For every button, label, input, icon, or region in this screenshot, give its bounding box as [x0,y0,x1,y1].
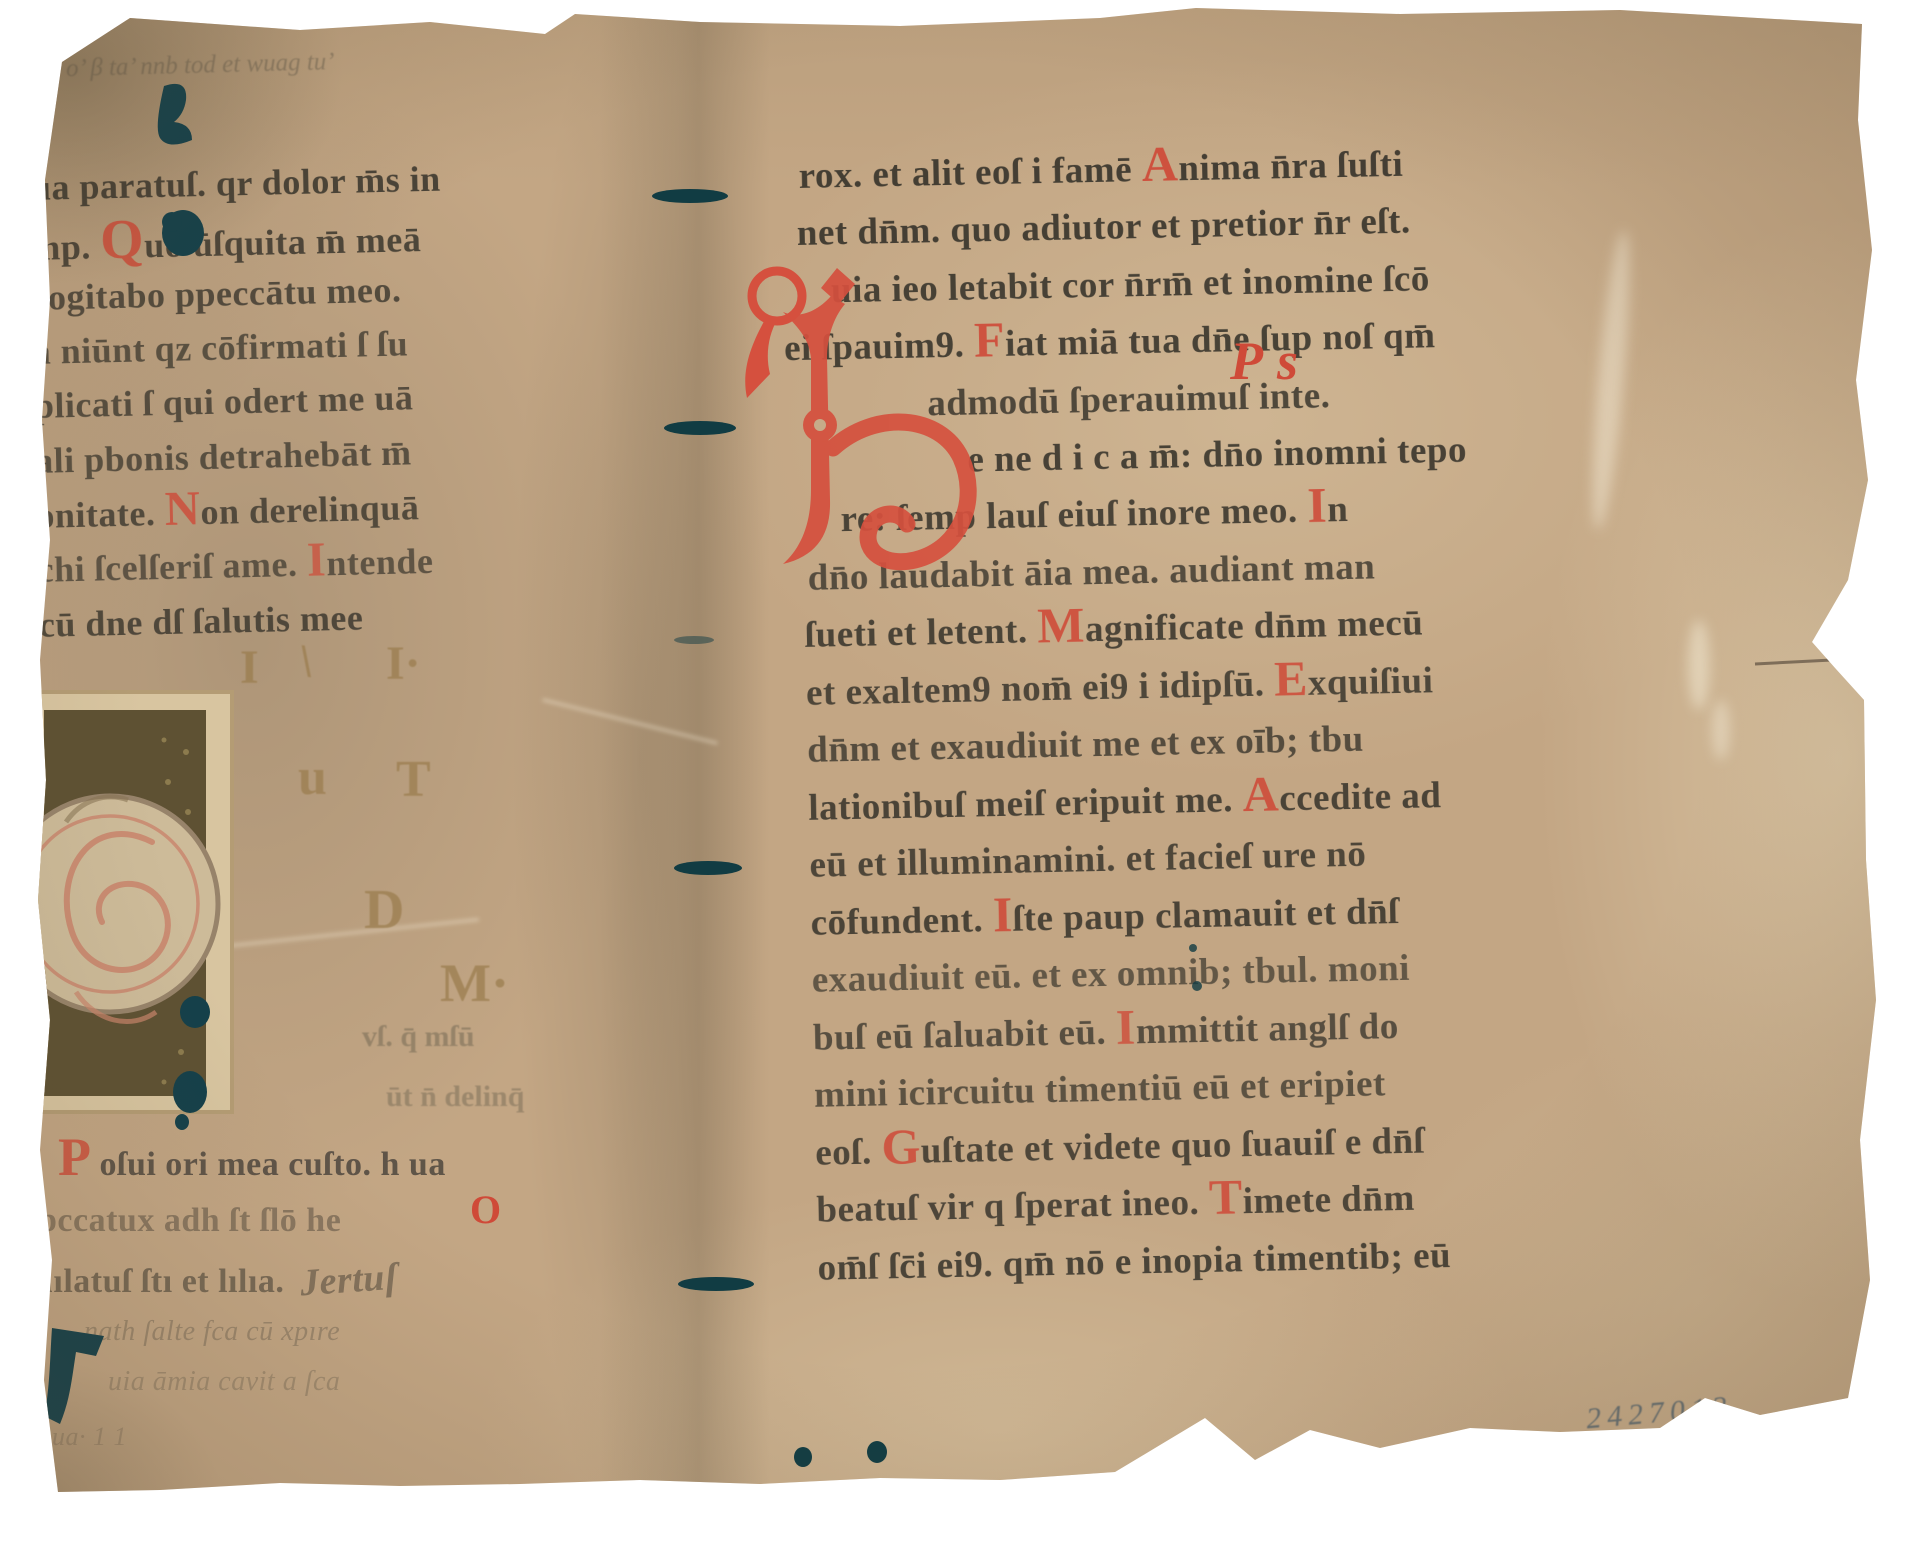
manuscript-leaf: a ı o’ β ta’ nnb tod et wuag tu’ ua para… [0,0,1920,1551]
ink-stains-overlay [0,0,1920,1551]
